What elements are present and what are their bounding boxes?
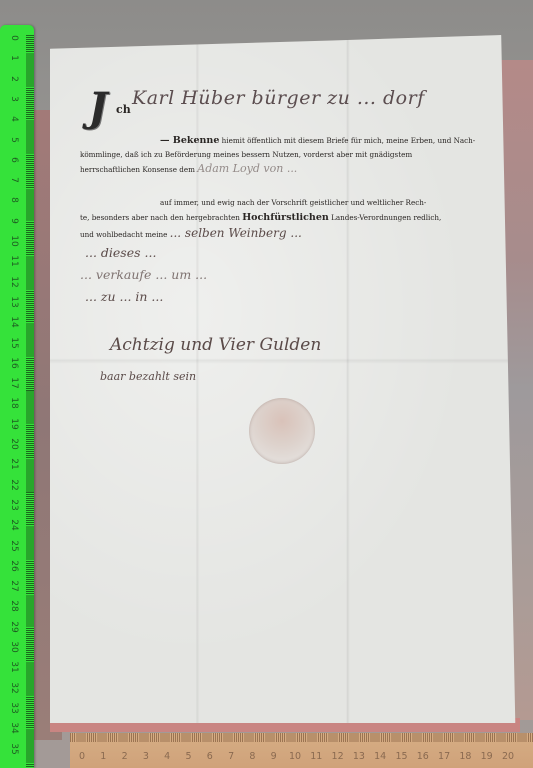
ruler-label: 8	[245, 751, 259, 762]
ruler-label: 18	[9, 395, 19, 411]
ruler-label: 0	[75, 751, 89, 762]
ruler-label: 23	[9, 497, 19, 513]
ruler-label: 5	[182, 751, 196, 762]
ruler-label: 7	[9, 172, 19, 188]
ruler-label: 31	[9, 659, 19, 675]
ruler-label: 9	[267, 751, 281, 762]
horizontal-ruler-wooden: 01234567891011121314151617181920	[70, 733, 533, 768]
ruler-label: 15	[395, 751, 409, 762]
ruler-label: 2	[9, 71, 19, 87]
ruler-label: 3	[139, 751, 153, 762]
ruler-label: 34	[9, 720, 19, 736]
printed-line-1: — Bekenne hiemit öffentlich mit diesem B…	[160, 134, 475, 148]
ruler-label: 28	[9, 598, 19, 614]
ruler-label: 20	[501, 751, 515, 762]
handwritten-line-2: ... verkaufe ... um ...	[80, 267, 207, 282]
ruler-label: 3	[9, 91, 19, 107]
amount-line: Achtzig und Vier Gulden	[110, 335, 321, 355]
ruler-label: 11	[9, 253, 19, 269]
ruler-label: 24	[9, 517, 19, 533]
wax-seal	[249, 398, 315, 464]
ruler-label: 19	[9, 416, 19, 432]
ruler-label: 7	[224, 751, 238, 762]
ruler-label: 8	[9, 192, 19, 208]
ruler-label: 13	[9, 294, 19, 310]
ruler-label: 27	[9, 578, 19, 594]
ruler-label: 22	[9, 477, 19, 493]
ruler-label: 5	[9, 132, 19, 148]
ruler-label: 10	[9, 233, 19, 249]
ruler-label: 18	[458, 751, 472, 762]
ruler-label: 19	[480, 751, 494, 762]
ruler-label: 15	[9, 335, 19, 351]
printed-line-2: kömmlinge, daß ich zu Beförderung meines…	[80, 148, 412, 162]
ruler-label: 13	[352, 751, 366, 762]
ruler-label: 33	[9, 700, 19, 716]
ruler-label: 32	[9, 680, 19, 696]
handwritten-line-1: ... dieses ...	[85, 245, 156, 260]
ruler-label: 17	[9, 375, 19, 391]
closing-line: baar bezahlt sein	[100, 370, 196, 383]
printed-line-3: herrschaftlichen Konsense dem Adam Loyd …	[80, 162, 297, 177]
printed-line-6: und wohlbedacht meine ... selben Weinber…	[80, 226, 302, 242]
ruler-label: 21	[9, 456, 19, 472]
handwritten-name: Karl Hüber bürger zu ... dorf	[132, 87, 425, 109]
ruler-label: 1	[96, 751, 110, 762]
ruler-label: 12	[9, 274, 19, 290]
ruler-label: 16	[416, 751, 430, 762]
ruler-label: 25	[9, 538, 19, 554]
ruler-label: 0	[9, 30, 19, 46]
ruler-label: 30	[9, 639, 19, 655]
ruler-ticks	[26, 35, 34, 768]
ruler-label: 12	[331, 751, 345, 762]
ruler-label: 26	[9, 558, 19, 574]
ruler-label: 2	[118, 751, 132, 762]
ruler-label: 6	[203, 751, 217, 762]
ruler-label: 17	[437, 751, 451, 762]
ruler-label: 20	[9, 436, 19, 452]
decorated-initial: J	[80, 85, 116, 131]
ruler-label: 11	[309, 751, 323, 762]
handwritten-line-3: ... zu ... in ...	[85, 289, 163, 304]
initial-suffix: ch	[116, 103, 131, 116]
printed-line-5: te, besonders aber nach den hergebrachte…	[80, 211, 441, 225]
ruler-label: 4	[160, 751, 174, 762]
ruler-ticks	[70, 733, 533, 742]
ruler-label: 10	[288, 751, 302, 762]
ruler-label: 16	[9, 355, 19, 371]
ruler-label: 1	[9, 50, 19, 66]
ruler-label: 4	[9, 111, 19, 127]
ruler-label: 29	[9, 619, 19, 635]
ruler-label: 9	[9, 213, 19, 229]
vertical-ruler-green: 0123456789101112131415161718192021222324…	[0, 25, 34, 768]
ruler-label: 14	[9, 314, 19, 330]
ruler-label: 14	[373, 751, 387, 762]
printed-line-4: auf immer, und ewig nach der Vorschrift …	[160, 196, 426, 210]
ruler-label: 6	[9, 152, 19, 168]
ruler-label: 35	[9, 741, 19, 757]
